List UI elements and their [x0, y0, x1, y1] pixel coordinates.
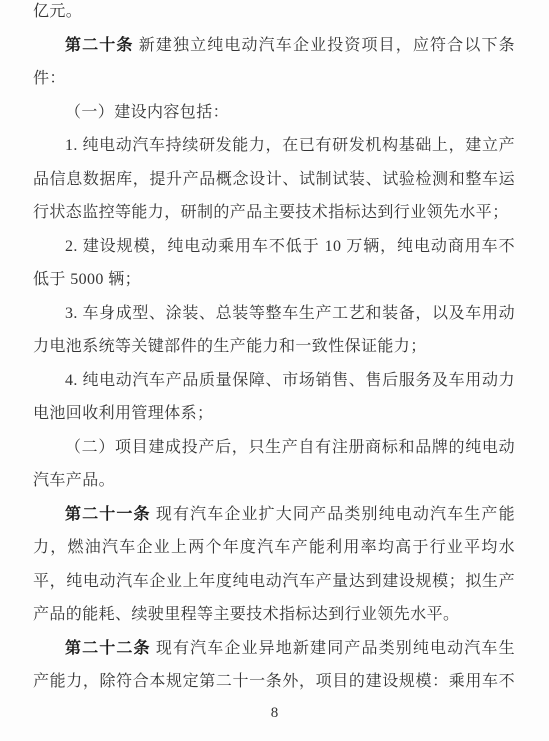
text-line: 力电池系统等关键部件的生产能力和一致性保证能力；	[33, 330, 515, 364]
text-line: 件：	[33, 62, 515, 96]
text-line: 行状态监控等能力，研制的产品主要技术指标达到行业领先水平；	[33, 196, 515, 230]
text-line: 产能力，除符合本规定第二十一条外，项目的建设规模：乘用车不	[33, 665, 515, 699]
text-line: 电池回收利用管理体系；	[33, 397, 515, 431]
article-number: 第二十条	[65, 37, 134, 54]
text-line: 平，纯电动汽车企业上年度纯电动汽车产量达到建设规模；拟生产	[33, 565, 515, 599]
text-line: 2. 建设规模，纯电动乘用车不低于 10 万辆，纯电动商用车不	[33, 230, 515, 264]
text-line: 汽车产品。	[33, 464, 515, 498]
text-line: 4. 纯电动汽车产品质量保障、市场销售、售后服务及车用动力	[33, 364, 515, 398]
page-number: 8	[0, 697, 549, 731]
text-line: （一）建设内容包括：	[33, 96, 515, 130]
article-number: 第二十一条	[65, 506, 151, 523]
text-line: 1. 纯电动汽车持续研发能力，在已有研发机构基础上，建立产	[33, 129, 515, 163]
text-line: （二）项目建成投产后，只生产自有注册商标和品牌的纯电动	[33, 431, 515, 465]
text-line: 力，燃油汽车企业上两个年度汽车产能利用率均高于行业平均水	[33, 531, 515, 565]
text-line: 第二十一条 现有汽车企业扩大同产品类别纯电动汽车生产能	[33, 498, 515, 532]
text-line: 产品的能耗、续驶里程等主要技术指标达到行业领先水平。	[33, 598, 515, 632]
document-page: 亿元。第二十条 新建独立纯电动汽车企业投资项目，应符合以下条件：（一）建设内容包…	[0, 0, 549, 741]
text-line: 低于 5000 辆；	[33, 263, 515, 297]
text-line: 3. 车身成型、涂装、总装等整车生产工艺和装备，以及车用动	[33, 297, 515, 331]
text-line: 亿元。	[33, 0, 515, 29]
text-line: 品信息数据库，提升产品概念设计、试制试装、试验检测和整车运	[33, 163, 515, 197]
text-line: 第二十条 新建独立纯电动汽车企业投资项目，应符合以下条	[33, 29, 515, 63]
document-body: 亿元。第二十条 新建独立纯电动汽车企业投资项目，应符合以下条件：（一）建设内容包…	[33, 0, 515, 699]
article-number: 第二十二条	[65, 640, 151, 657]
text-line: 第二十二条 现有汽车企业异地新建同产品类别纯电动汽车生	[33, 632, 515, 666]
